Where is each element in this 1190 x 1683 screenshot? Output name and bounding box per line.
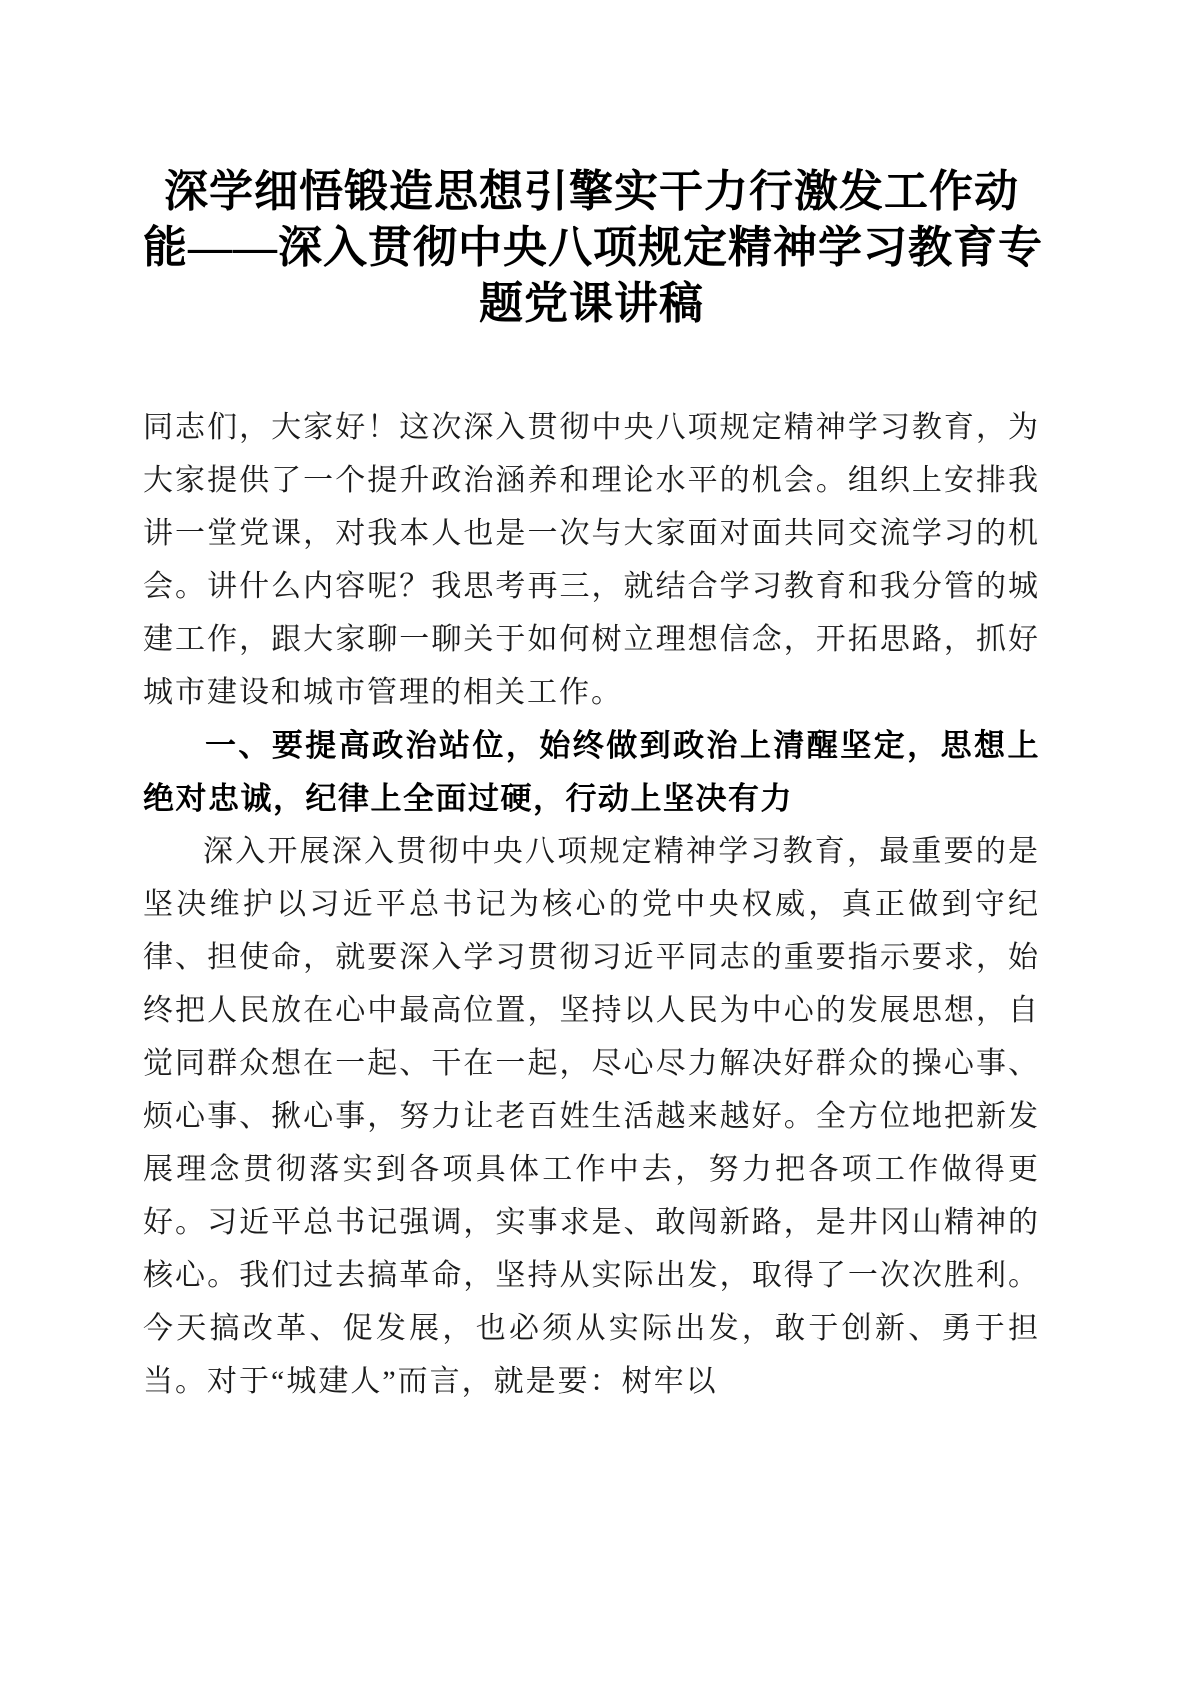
document-title-line-1: 深学细悟锻造思想引擎实干力行激发工作动 xyxy=(143,164,1040,220)
document-body: 同志们，大家好！这次深入贯彻中央八项规定精神学习教育，为大家提供了一个提升政治涵… xyxy=(143,401,1040,1408)
document-title-line-3: 题党课讲稿 xyxy=(143,276,1040,332)
document-page: 深学细悟锻造思想引擎实干力行激发工作动 能——深入贯彻中央八项规定精神学习教育专… xyxy=(0,0,1190,1683)
paragraph-opening: 同志们，大家好！这次深入贯彻中央八项规定精神学习教育，为大家提供了一个提升政治涵… xyxy=(143,401,1040,719)
document-title: 深学细悟锻造思想引擎实干力行激发工作动 能——深入贯彻中央八项规定精神学习教育专… xyxy=(143,164,1040,332)
section-heading-1: 一、要提高政治站位，始终做到政治上清醒坚定，思想上绝对忠诚，纪律上全面过硬，行动… xyxy=(143,719,1040,825)
document-title-line-2: 能——深入贯彻中央八项规定精神学习教育专 xyxy=(143,220,1040,276)
paragraph-section-1-body: 深入开展深入贯彻中央八项规定精神学习教育，最重要的是坚决维护以习近平总书记为核心… xyxy=(143,825,1040,1408)
